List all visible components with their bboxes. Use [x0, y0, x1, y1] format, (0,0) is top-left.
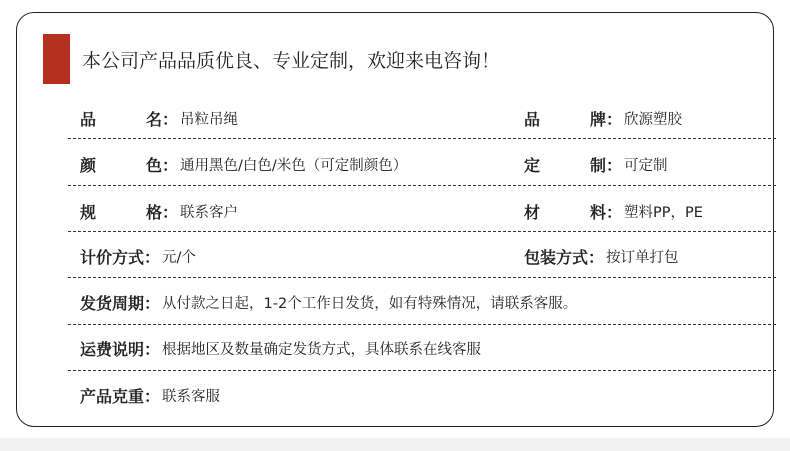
dashed-divider [68, 138, 776, 139]
field-packaging-method: 包装方式：按订单打包 [524, 244, 679, 268]
field-label: 品名 [80, 107, 162, 130]
dashed-divider [68, 324, 776, 325]
field-label: 材料 [524, 200, 606, 223]
field-customization: 定制：可定制 [524, 152, 668, 176]
dashed-divider [68, 185, 776, 186]
field-specification: 规格：联系客户 [80, 199, 238, 223]
field-value: 联系客服 [162, 385, 220, 406]
field-product-name: 品名：吊粒吊绳 [80, 106, 238, 130]
field-pricing-method: 计价方式：元/个 [80, 244, 196, 268]
field-value: 联系客户 [180, 201, 238, 222]
field-value: 可定制 [624, 154, 668, 175]
field-value: 按订单打包 [606, 246, 679, 267]
field-shipping-fee: 运费说明：根据地区及数量确定发货方式，具体联系在线客服 [80, 336, 481, 360]
field-label: 计价方式 [80, 245, 144, 268]
field-label: 发货周期 [80, 291, 144, 314]
field-label: 颜色 [80, 153, 162, 176]
field-color: 颜色：通用黑色/白色/米色（可定制颜色） [80, 152, 407, 176]
field-label: 包装方式 [524, 245, 588, 268]
field-label: 产品克重 [80, 384, 144, 407]
field-value: 从付款之日起，1-2个工作日发货，如有特殊情况，请联系客服。 [162, 292, 577, 313]
field-brand: 品牌：欣源塑胶 [524, 106, 682, 130]
field-label: 规格 [80, 200, 162, 223]
title-accent-bar [43, 34, 70, 84]
field-value: 元/个 [162, 246, 196, 267]
field-label: 品牌 [524, 107, 606, 130]
field-value: 吊粒吊绳 [180, 108, 238, 129]
dashed-divider [68, 231, 776, 232]
field-value: 通用黑色/白色/米色（可定制颜色） [180, 154, 407, 175]
field-label: 定制 [524, 153, 606, 176]
dashed-divider [68, 277, 776, 278]
field-material: 材料：塑料PP，PE [524, 199, 703, 223]
field-product-weight: 产品克重：联系客服 [80, 383, 220, 407]
field-value: 塑料PP，PE [624, 201, 703, 222]
bottom-shade [0, 438, 790, 451]
card-title: 本公司产品品质优良、专业定制，欢迎来电咨询！ [82, 46, 500, 73]
field-value: 欣源塑胶 [624, 108, 682, 129]
field-label: 运费说明 [80, 337, 144, 360]
dashed-divider [68, 370, 776, 371]
field-shipping-cycle: 发货周期：从付款之日起，1-2个工作日发货，如有特殊情况，请联系客服。 [80, 290, 577, 314]
field-value: 根据地区及数量确定发货方式，具体联系在线客服 [162, 338, 481, 359]
